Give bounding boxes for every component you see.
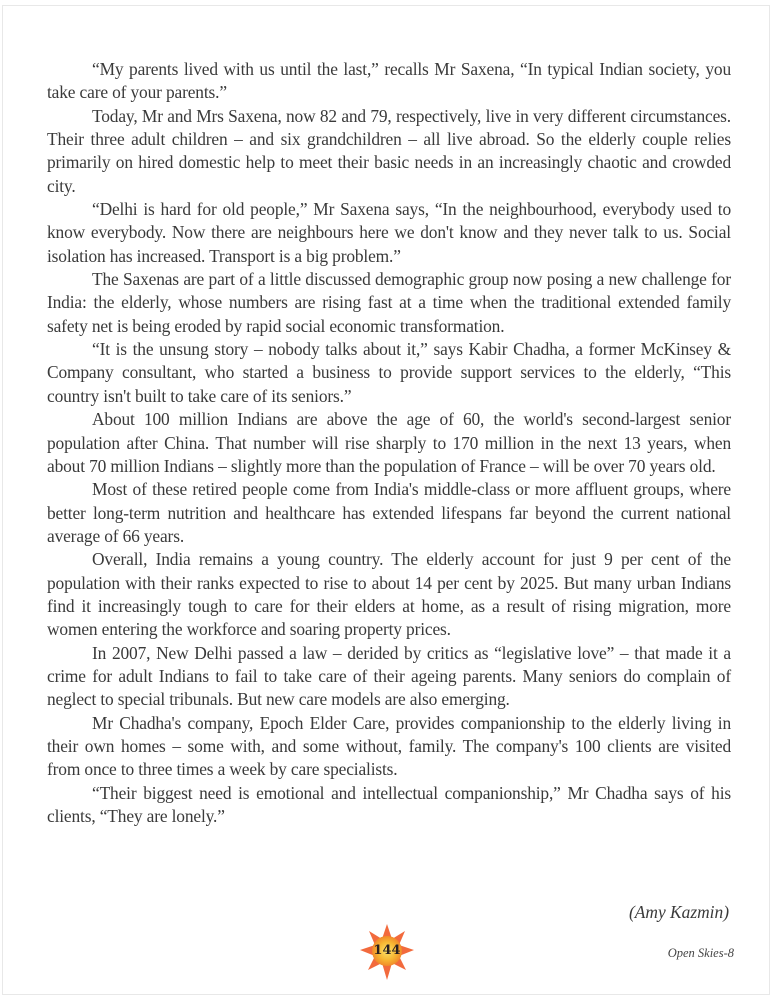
article-body: “My parents lived with us until the last…	[47, 58, 731, 828]
paragraph: Most of these retired people come from I…	[47, 478, 731, 548]
paragraph: “My parents lived with us until the last…	[47, 58, 731, 105]
paragraph: “Delhi is hard for old people,” Mr Saxen…	[47, 198, 731, 268]
paragraph: In 2007, New Delhi passed a law – deride…	[47, 642, 731, 712]
book-title: Open Skies-8	[668, 946, 734, 961]
paragraph: Today, Mr and Mrs Saxena, now 82 and 79,…	[47, 105, 731, 198]
author-byline: (Amy Kazmin)	[629, 902, 729, 923]
page-number: 144	[358, 943, 416, 958]
paragraph: The Saxenas are part of a little discuss…	[47, 268, 731, 338]
paragraph: “It is the unsung story – nobody talks a…	[47, 338, 731, 408]
paragraph: Mr Chadha's company, Epoch Elder Care, p…	[47, 712, 731, 782]
paragraph: “Their biggest need is emotional and int…	[47, 782, 731, 829]
paragraph: Overall, India remains a young country. …	[47, 548, 731, 641]
paragraph: About 100 million Indians are above the …	[47, 408, 731, 478]
page-number-badge: 144	[358, 922, 416, 984]
